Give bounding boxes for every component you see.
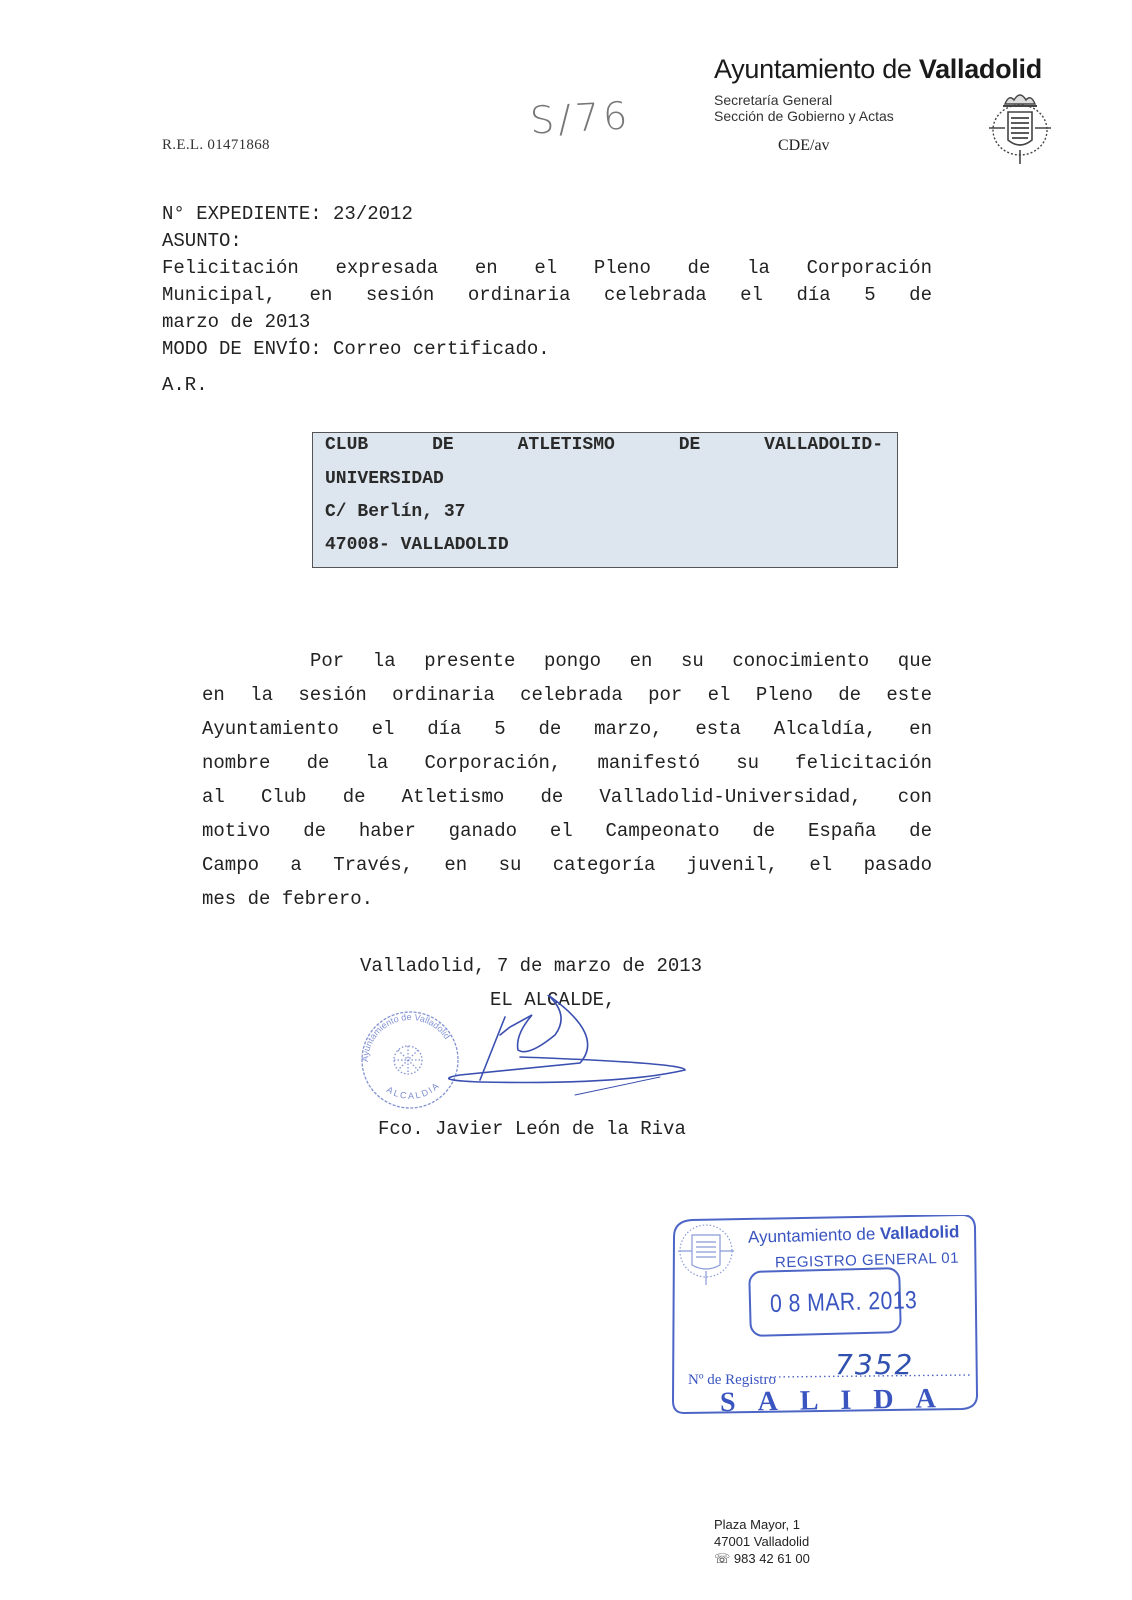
org-city: Valladolid [919, 54, 1042, 84]
recipient-name-line: UNIVERSIDAD [325, 469, 444, 489]
stamp-coat-of-arms-icon [678, 1225, 734, 1285]
body-line: motivo de haber ganado el Campeonato de … [202, 820, 932, 842]
file-number: N° EXPEDIENTE: 23/2012 [162, 203, 413, 225]
handwritten-reference: S/76 [529, 93, 632, 142]
department: Secretaría General [714, 92, 832, 108]
delivery-method: MODO DE ENVÍO: Correo certificado. [162, 338, 550, 360]
stamp-type: SALIDA [720, 1383, 958, 1419]
footer-address: Plaza Mayor, 1 [714, 1517, 800, 1532]
stamp-registry-number: 7352 [835, 1348, 914, 1381]
acknowledgement-receipt: A.R. [162, 374, 208, 396]
body-line: mes de febrero. [202, 888, 932, 910]
stamp-org-city: Valladolid [880, 1222, 960, 1243]
coat-of-arms-icon [985, 88, 1055, 168]
section: Sección de Gobierno y Actas [714, 108, 894, 124]
body-line: Por la presente pongo en su conocimiento… [310, 650, 932, 672]
mayor-signature [420, 995, 710, 1105]
footer-city: 47001 Valladolid [714, 1534, 809, 1549]
place-and-date: Valladolid, 7 de marzo de 2013 [360, 955, 702, 977]
body-line: al Club de Atletismo de Valladolid-Unive… [202, 786, 932, 808]
stamp-org-prefix: Ayuntamiento de [748, 1224, 880, 1246]
footer-phone-number: 983 42 61 00 [734, 1551, 810, 1566]
telephone-icon: ☏ [714, 1551, 730, 1566]
organization-title: Ayuntamiento de Valladolid [714, 54, 1042, 85]
footer-phone: ☏ 983 42 61 00 [714, 1551, 810, 1567]
recipient-street: C/ Berlín, 37 [325, 502, 465, 522]
org-prefix: Ayuntamiento de [714, 54, 919, 84]
subject-line: marzo de 2013 [162, 311, 932, 333]
reference-code: CDE/av [778, 137, 830, 155]
stamp-date: 0 8 MAR. 2013 [770, 1286, 918, 1319]
recipient-postal-city: 47008- VALLADOLID [325, 535, 509, 555]
recipient-name-line: CLUB DE ATLETISMO DE VALLADOLID- [325, 435, 883, 455]
subject-label: ASUNTO: [162, 230, 242, 252]
body-line: Ayuntamiento el día 5 de marzo, esta Alc… [202, 718, 932, 740]
signatory-name: Fco. Javier León de la Riva [378, 1118, 686, 1140]
body-line: en la sesión ordinaria celebrada por el … [202, 684, 932, 706]
rel-number: R.E.L. 01471868 [162, 137, 270, 154]
body-line: Campo a Través, en su categoría juvenil,… [202, 854, 932, 876]
recipient-address-box: CLUB DE ATLETISMO DE VALLADOLID- UNIVERS… [312, 432, 898, 568]
body-line: nombre de la Corporación, manifestó su f… [202, 752, 932, 774]
subject-line: Municipal, en sesión ordinaria celebrada… [162, 284, 932, 306]
subject-line: Felicitación expresada en el Pleno de la… [162, 257, 932, 279]
